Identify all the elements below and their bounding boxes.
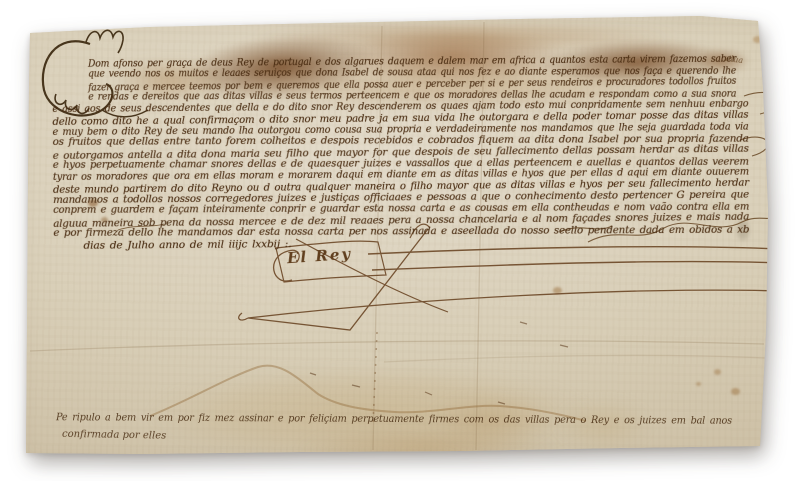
docket-line-1-text: Pe ripulo a bem vir em por fiz mez assin… <box>56 412 732 428</box>
ink-layer: Dom afonso per graça de deus Rey de port… <box>0 0 800 481</box>
manuscript-text-block: Dom afonso per graça de deus Rey de port… <box>52 54 753 252</box>
paper-shadow: Dom afonso per graça de deus Rey de port… <box>0 0 800 481</box>
docket-line-1: Pe ripulo a bem vir em por fiz mez assin… <box>56 412 732 428</box>
royal-signature: El Rey <box>286 245 352 267</box>
manuscript-line: e por firmeza dello lhe mandamos dar est… <box>53 225 749 240</box>
docket-line-2-text: confirmada por elles <box>62 429 166 443</box>
manuscript-document: Dom afonso per graça de deus Rey de port… <box>0 0 800 481</box>
docket-line-2: confirmada por elles <box>62 429 194 443</box>
manuscript-line: dias de Julho anno de mil iiijc lxxbij :… <box>83 239 291 252</box>
photo-background: Dom afonso per graça de deus Rey de port… <box>0 0 800 481</box>
